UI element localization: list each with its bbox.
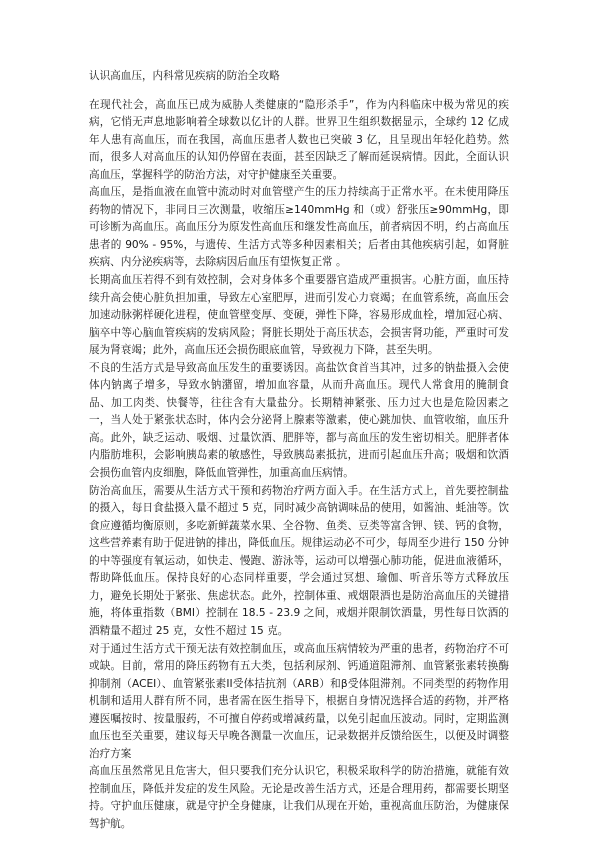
paragraph-definition: 高血压，是指血液在血管中流动时对血管壁产生的压力持续高于正常水平。在未使用降压药…: [89, 184, 509, 272]
paragraph-conclusion: 高血压虽然常见且危害大，但只要我们充分认识它，积极采取科学的防治措施，就能有效控…: [89, 763, 509, 833]
paragraph-medication: 对于通过生活方式干预无法有效控制血压，或高血压病情较为严重的患者，药物治疗不可或…: [89, 641, 509, 764]
paragraph-causes: 不良的生活方式是导致高血压发生的重要诱因。高盐饮食首当其冲，过多的钠盐摄入会使体…: [89, 360, 509, 483]
paragraph-harms: 长期高血压若得不到有效控制，会对身体多个重要器官造成严重损害。心脏方面，血压持续…: [89, 272, 509, 360]
paragraph-intro: 在现代社会，高血压已成为威胁人类健康的“隐形杀手”，作为内科临床中极为常见的疾病…: [89, 97, 509, 185]
paragraph-lifestyle-prevention: 防治高血压，需要从生活方式干预和药物治疗两方面入手。在生活方式上，首先要控制盐的…: [89, 483, 509, 641]
document-page: 认识高血压，内科常见疾病的防治全攻略 在现代社会，高血压已成为威胁人类健康的“隐…: [89, 68, 509, 834]
document-title: 认识高血压，内科常见疾病的防治全攻略: [89, 68, 509, 86]
